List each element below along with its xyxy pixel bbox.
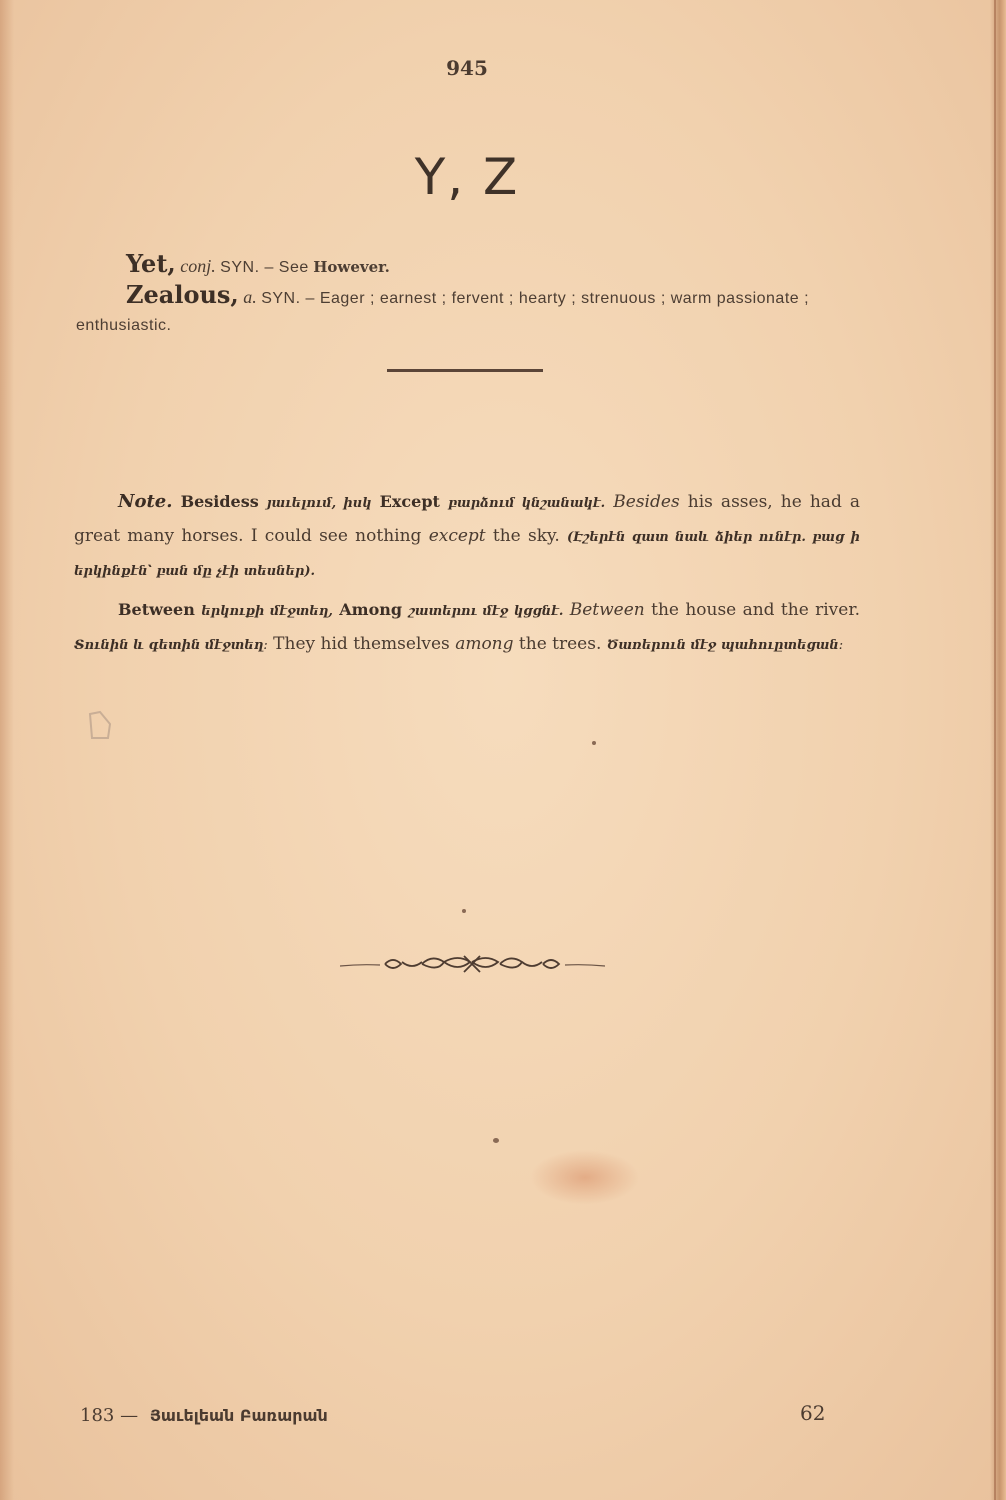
armenian-translation: Տունին և գետին մէջտեղ։	[74, 638, 268, 653]
term: Among	[339, 600, 402, 619]
headword: Yet,	[126, 249, 176, 278]
decorative-ornament-icon	[340, 952, 605, 978]
page-gutter-shadow	[0, 0, 14, 1500]
syn-label: SYN. –	[261, 290, 320, 307]
headword: Zealous,	[126, 280, 239, 309]
term: Between	[118, 600, 195, 619]
signature-number: 183 —	[80, 1405, 138, 1426]
armenian-gloss: շատերու մէջ կցցնէ.	[408, 604, 563, 619]
pencil-mark-icon	[86, 710, 116, 742]
armenian-translation: Ծառերուն մէջ պահուըտեցան։	[607, 638, 843, 653]
example-text: the trees.	[519, 634, 601, 654]
example-text: I could see nothing	[251, 526, 422, 546]
section-divider	[387, 369, 543, 372]
example-text: They hid themselves	[273, 634, 450, 654]
armenian-gloss: երկուքի մէջտեղ,	[201, 604, 333, 619]
note-label: Note.	[118, 491, 173, 512]
example-text: the sky.	[493, 526, 560, 546]
armenian-gloss: բարձում կնշանակէ.	[448, 496, 605, 511]
sheet-number: 62	[800, 1401, 825, 1425]
paper-speck	[493, 1138, 499, 1143]
paper-speck	[462, 909, 466, 913]
dictionary-entries: Yet, conj. SYN. – See However. Zealous, …	[76, 250, 856, 339]
entry-zealous: Zealous, a. SYN. – Eager ; earnest ; fer…	[76, 281, 856, 339]
signature-title: Յաւելեան Բառարան	[150, 1406, 328, 1425]
note-paragraph-besides-except: Note. Besidess յաւելում, իսկ Except բարձ…	[74, 486, 860, 588]
example-keyword: Besides	[613, 492, 679, 512]
usage-note: Note. Besidess յաւելում, իսկ Except բարձ…	[74, 486, 860, 668]
page-edge-line	[994, 0, 996, 1500]
term: Besidess	[181, 492, 259, 511]
example-keyword: Between	[570, 600, 645, 620]
syn-label: SYN. – See	[220, 259, 309, 276]
term: Except	[380, 492, 440, 511]
example-text: the house and the river.	[651, 600, 860, 620]
paper-stain	[530, 1150, 640, 1205]
example-keyword: among	[455, 634, 513, 654]
note-paragraph-between-among: Between երկուքի մէջտեղ, Among շատերու մէ…	[74, 594, 860, 662]
example-keyword: except	[429, 526, 486, 546]
section-title: Y, Z	[0, 148, 934, 206]
armenian-gloss: յաւելում, իսկ	[267, 496, 372, 511]
entry-yet: Yet, conj. SYN. – See However.	[76, 250, 856, 281]
cross-reference: However.	[313, 258, 390, 276]
part-of-speech: a.	[243, 287, 257, 307]
signature-mark: 183 — Յաւելեան Բառարան	[80, 1405, 328, 1426]
page-edge	[990, 0, 1006, 1500]
paper-speck	[592, 741, 596, 745]
part-of-speech: conj.	[180, 256, 216, 276]
page-number: 945	[0, 56, 934, 80]
